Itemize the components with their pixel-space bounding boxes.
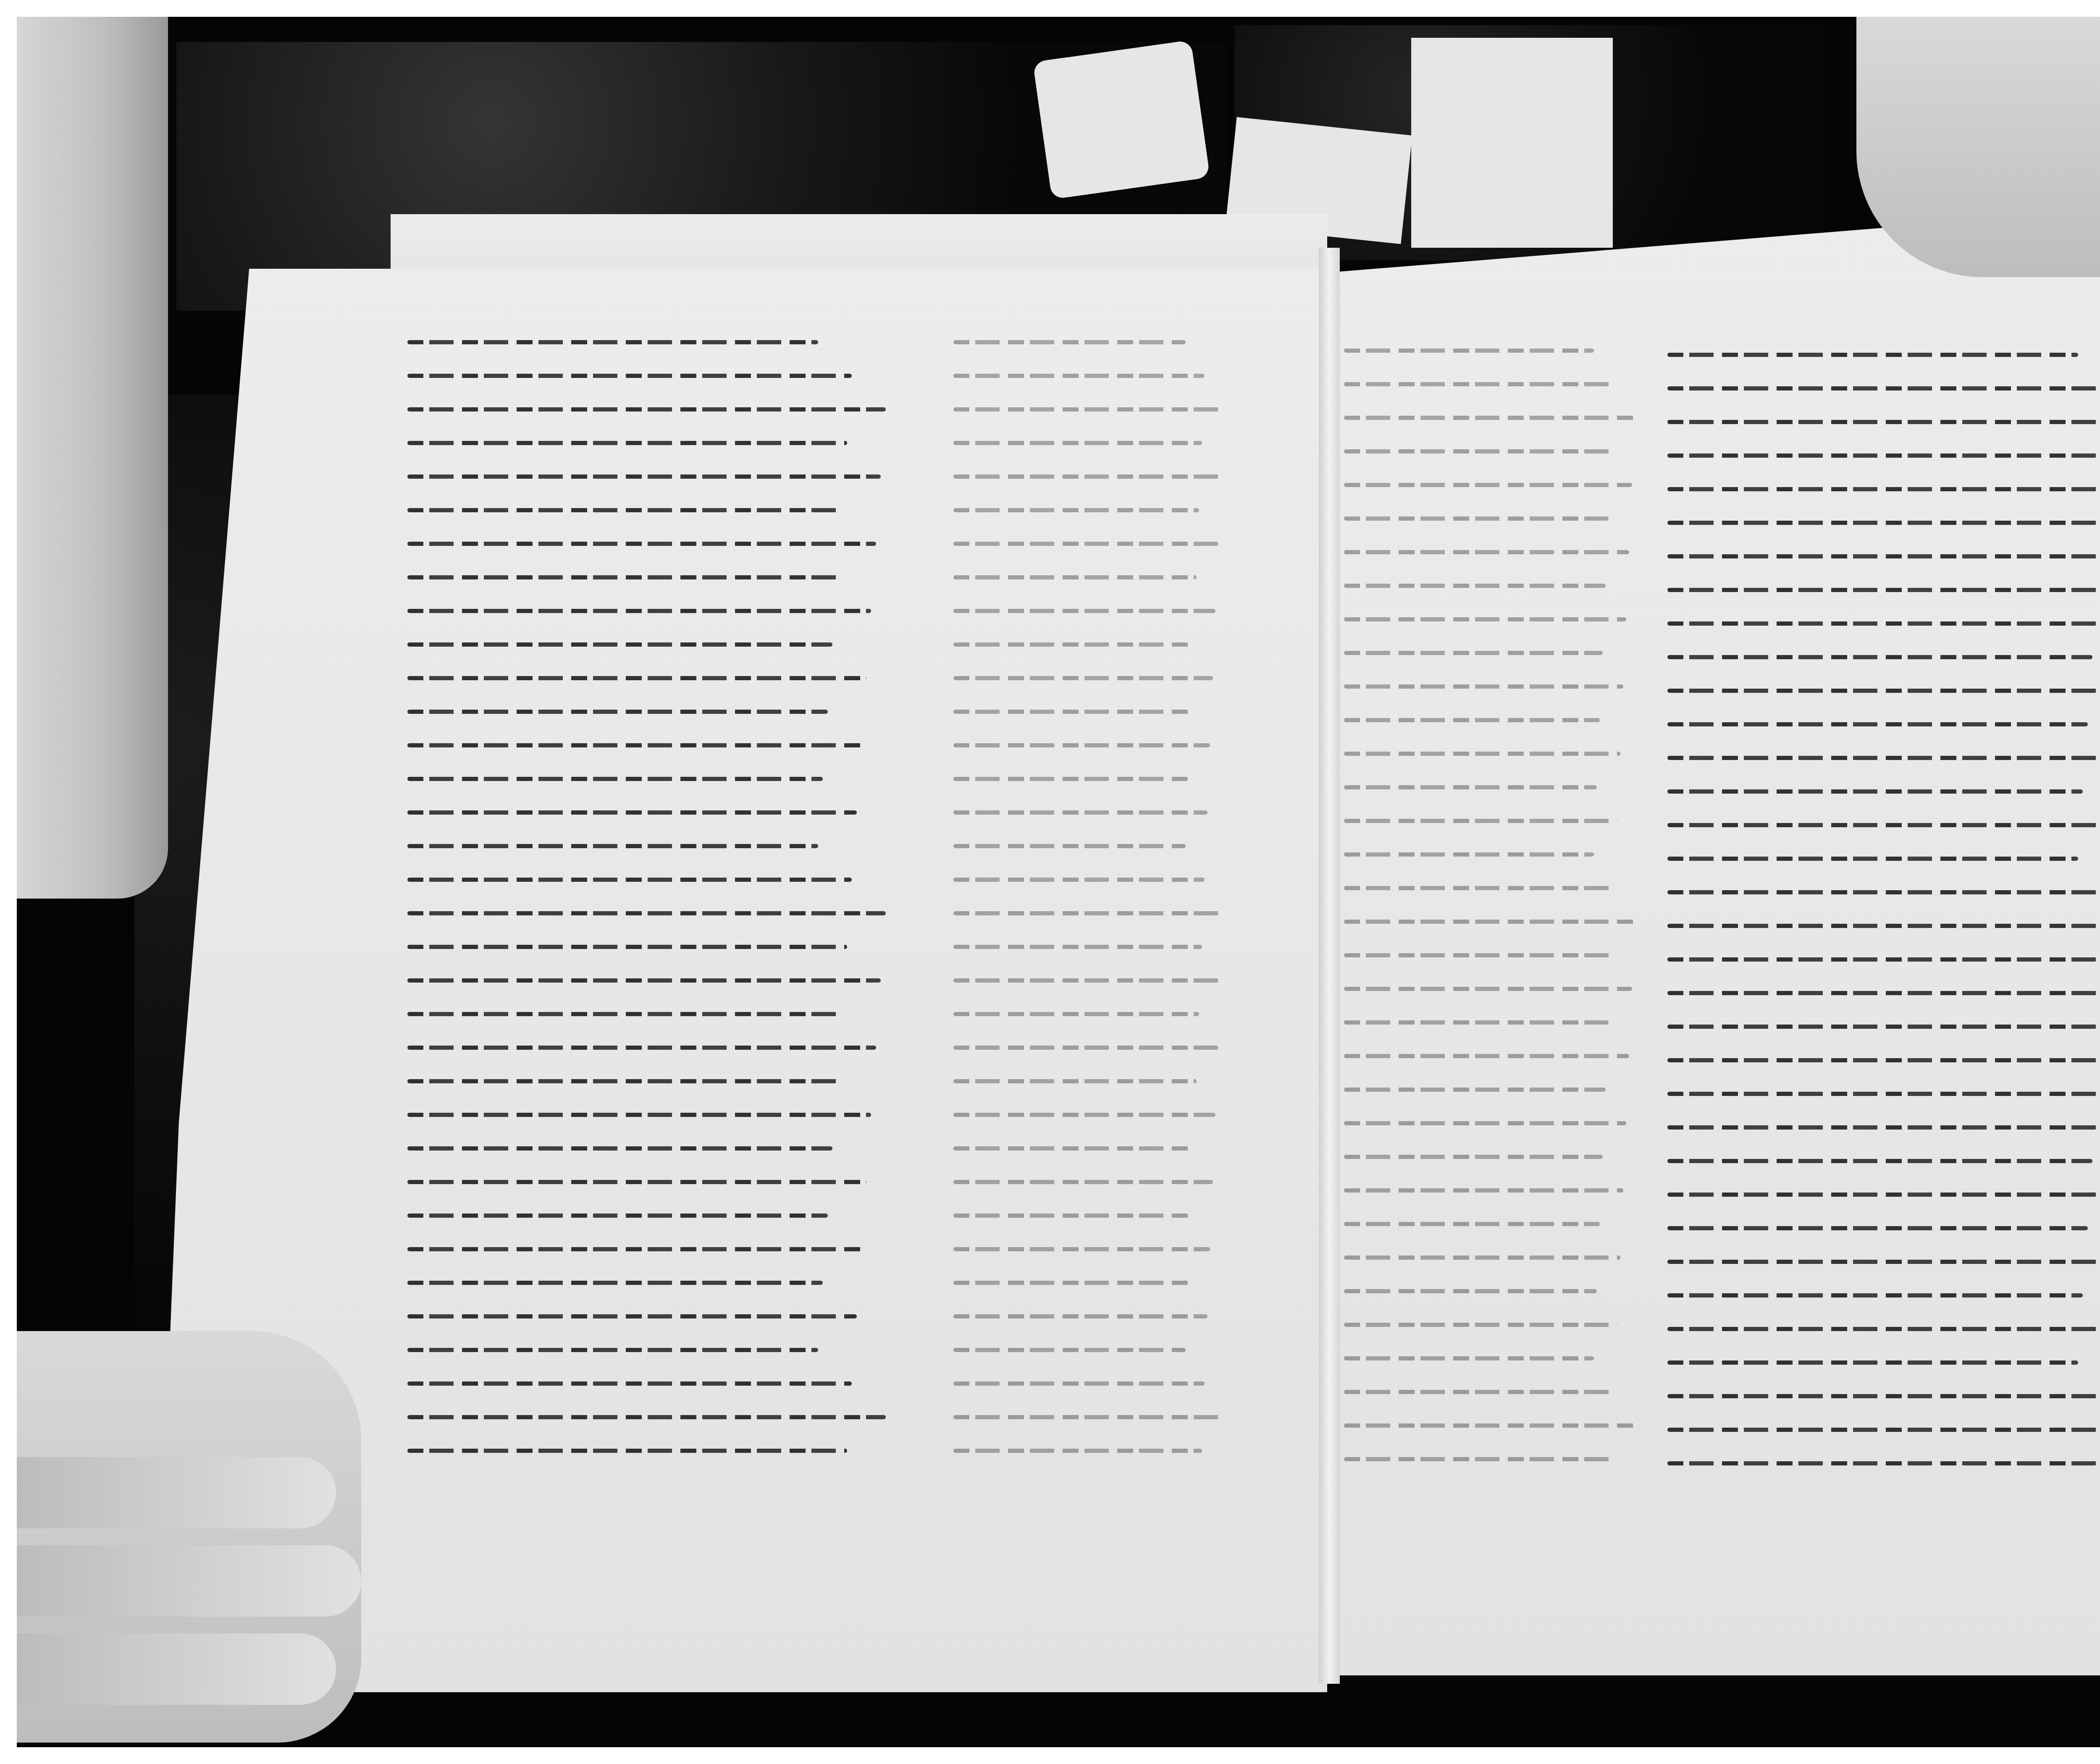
script-line: [1667, 890, 2100, 894]
open-manuscript: [155, 214, 2100, 1692]
script-line: [1667, 1092, 2097, 1096]
script-line: [953, 945, 1202, 949]
script-line: [1344, 987, 1632, 991]
script-line: [1344, 684, 1623, 689]
finger: [17, 1633, 336, 1705]
script-line: [1344, 1020, 1609, 1025]
script-line: [1344, 852, 1594, 857]
script-line: [1667, 957, 2100, 962]
script-line: [953, 542, 1218, 546]
script-line: [1344, 819, 1617, 823]
script-line: [407, 1012, 842, 1016]
script-line: [1344, 584, 1606, 588]
script-line: [1667, 924, 2100, 928]
script-line: [1667, 991, 2100, 995]
script-line: [953, 340, 1186, 344]
script-line: [953, 642, 1194, 647]
script-line: [953, 441, 1202, 445]
script-line: [1344, 651, 1603, 655]
script-line: [1344, 1323, 1617, 1327]
script-line: [1667, 588, 2097, 592]
script-line: [953, 978, 1221, 983]
script-line: [953, 1381, 1205, 1386]
script-line: [1667, 1327, 2100, 1331]
script-line: [407, 1046, 876, 1050]
script-line: [1344, 550, 1629, 554]
script-line: [1344, 1222, 1600, 1226]
script-line: [1344, 1356, 1594, 1360]
script-line: [1667, 1125, 2100, 1130]
script-line: [1667, 756, 2100, 760]
script-line: [1667, 521, 2100, 525]
script-line: [1344, 1088, 1606, 1092]
finger: [17, 1545, 361, 1617]
script-line: [1344, 382, 1614, 386]
script-line: [407, 407, 886, 412]
script-line: [953, 508, 1199, 512]
script-line: [407, 542, 876, 546]
script-line: [1667, 1058, 2100, 1062]
script-line: [1667, 1293, 2083, 1297]
script-line: [1344, 785, 1597, 789]
script-line: [407, 609, 871, 613]
script-line: [953, 1281, 1188, 1285]
script-line: [953, 1079, 1197, 1083]
script-line: [407, 1348, 818, 1352]
script-line: [1344, 920, 1635, 924]
script-line: [953, 1046, 1218, 1050]
script-line: [1667, 1428, 2100, 1432]
script-line: [953, 1314, 1207, 1318]
script-line: [407, 911, 886, 915]
script-line: [953, 1180, 1213, 1184]
script-line: [1667, 655, 2092, 659]
script-line: [1344, 1121, 1626, 1125]
script-line: [407, 1381, 852, 1386]
script-line: [1667, 353, 2078, 357]
script-line: [953, 1247, 1210, 1251]
script-line: [407, 1247, 861, 1251]
script-line: [1667, 487, 2100, 491]
text-column-left-outer: [407, 340, 890, 1482]
script-line: [1344, 1423, 1635, 1428]
script-line: [1344, 953, 1612, 957]
text-column-left-inner: [953, 340, 1226, 1482]
script-line: [953, 1113, 1215, 1117]
text-column-right-inner: [1344, 349, 1638, 1491]
script-line: [1344, 483, 1632, 487]
script-line: [953, 676, 1213, 680]
script-line: [1344, 349, 1594, 353]
script-line: [407, 1113, 871, 1117]
script-line: [953, 374, 1205, 378]
script-line: [407, 1180, 866, 1184]
script-line: [953, 743, 1210, 747]
script-line: [953, 1348, 1186, 1352]
script-line: [1667, 1360, 2078, 1365]
script-line: [407, 1214, 828, 1218]
script-line: [407, 575, 837, 579]
script-line: [407, 710, 828, 714]
script-line: [1344, 617, 1626, 621]
script-line: [407, 1415, 886, 1419]
script-line: [1344, 886, 1614, 890]
script-line: [407, 743, 861, 747]
script-line: [953, 1214, 1191, 1218]
paper-scrap: [1033, 40, 1210, 199]
script-line: [1667, 1025, 2100, 1029]
script-line: [953, 810, 1207, 815]
script-line: [953, 1012, 1199, 1016]
finger: [17, 1457, 336, 1528]
script-line: [1667, 1159, 2092, 1163]
script-line: [407, 374, 852, 378]
script-line: [1667, 857, 2078, 861]
script-line: [407, 810, 857, 815]
script-line: [1344, 1289, 1597, 1293]
script-line: [407, 1146, 832, 1151]
script-line: [953, 609, 1215, 613]
script-line: [407, 777, 823, 781]
script-line: [1667, 722, 2088, 726]
script-line: [407, 945, 847, 949]
script-line: [1667, 420, 2100, 424]
hand-top-right: [1856, 17, 2100, 277]
photo-frame: [17, 17, 2100, 1747]
script-line: [953, 777, 1188, 781]
book-gutter: [1319, 248, 1340, 1684]
script-line: [1344, 1390, 1614, 1394]
script-line: [1344, 1457, 1612, 1461]
script-line: [1344, 718, 1600, 722]
script-line: [407, 1281, 823, 1285]
script-line: [1667, 1193, 2100, 1197]
script-line: [1667, 453, 2100, 458]
text-column-right-outer: [1667, 353, 2100, 1495]
script-line: [953, 844, 1186, 848]
script-line: [407, 1079, 837, 1083]
script-line: [953, 911, 1224, 915]
script-line: [953, 407, 1224, 412]
script-line: [1667, 621, 2100, 626]
script-line: [407, 441, 847, 445]
script-line: [1667, 554, 2100, 558]
fabric-drape: [17, 17, 168, 899]
script-line: [1344, 416, 1635, 420]
script-line: [407, 676, 866, 680]
script-line: [407, 474, 881, 479]
script-line: [1344, 1054, 1629, 1058]
script-line: [407, 1314, 857, 1318]
script-line: [407, 1449, 847, 1453]
script-line: [407, 844, 818, 848]
script-line: [407, 878, 852, 882]
script-line: [953, 1146, 1194, 1151]
script-line: [1667, 386, 2100, 391]
script-line: [1667, 1226, 2088, 1230]
script-line: [1667, 1260, 2100, 1264]
script-line: [953, 1449, 1202, 1453]
script-line: [1344, 1256, 1620, 1260]
script-line: [1667, 789, 2083, 794]
script-line: [1667, 689, 2100, 693]
script-line: [407, 642, 832, 647]
script-line: [1667, 1461, 2100, 1465]
script-line: [953, 878, 1205, 882]
script-line: [1344, 1188, 1623, 1193]
script-line: [407, 340, 818, 344]
script-line: [407, 978, 881, 983]
script-line: [1344, 1155, 1603, 1159]
script-line: [1667, 1394, 2100, 1398]
script-line: [953, 710, 1191, 714]
script-line: [1344, 516, 1609, 521]
script-line: [953, 474, 1221, 479]
script-line: [953, 575, 1197, 579]
script-line: [1344, 449, 1612, 453]
script-line: [407, 508, 842, 512]
script-line: [953, 1415, 1224, 1419]
script-line: [1344, 752, 1620, 756]
script-line: [1667, 823, 2100, 827]
